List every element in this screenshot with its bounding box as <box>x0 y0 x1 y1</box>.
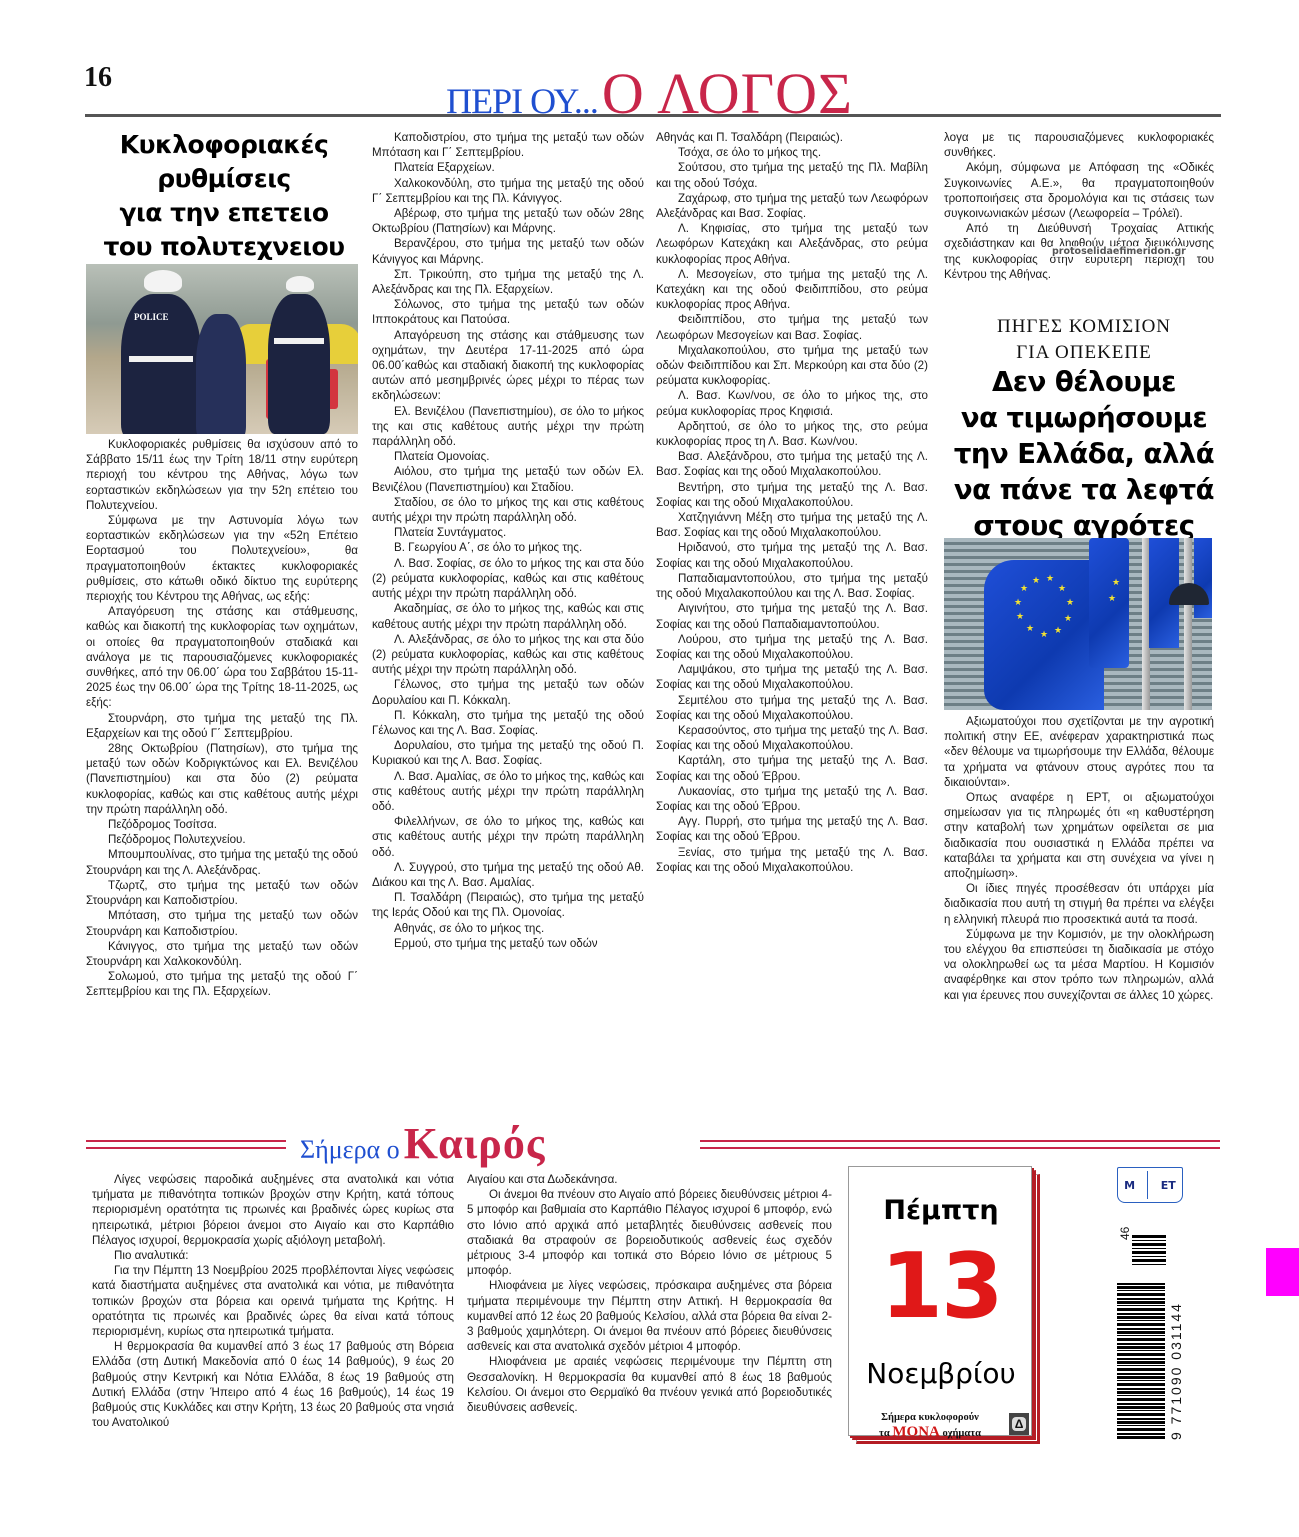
paragraph: Λίγες νεφώσεις παροδικά αυξημένες στα αν… <box>92 1172 454 1248</box>
issn-barcode <box>1117 1283 1165 1439</box>
paragraph: Λ. Κηφισίας, στο τμήμα της μεταξύ των Λε… <box>656 221 928 267</box>
calendar-month: Νοεμβρίου <box>849 1357 1033 1390</box>
paragraph: Σπ. Τρικούπη, στο τμήμα της μεταξύ της Λ… <box>372 267 644 297</box>
eu-flag <box>1089 538 1129 668</box>
star-icon: ★ <box>1112 578 1120 587</box>
paragraph: Βασ. Αλεξάνδρου, στο τμήμα της μεταξύ τη… <box>656 449 928 479</box>
flag-pole <box>1184 538 1192 710</box>
paragraph: Ηλιοφάνεια με αραιές νεφώσεις περιμένουμ… <box>467 1354 832 1415</box>
article1-column-3: Αθηνάς και Π. Τσαλδάρη (Πειραιώς). Τσόχα… <box>656 130 928 875</box>
paragraph: Οι ίδιες πηγές προσέθεσαν ότι υπάρχει μί… <box>944 881 1214 927</box>
traffic-note: Σήμερα κυκλοφορούν τα ΜΟΝΑ οχήματα <box>855 1411 1005 1441</box>
paragraph: Βεντήρη, στο τμήμα της μεταξύ της Λ. Βασ… <box>656 480 928 510</box>
paragraph: Αιγαίου και στα Δωδεκάνησα. <box>467 1172 832 1187</box>
paragraph: λογα με τις παρουσιαζόμενες κυκλοφοριακέ… <box>944 130 1214 160</box>
paragraph: Λ. Βασ. Αμαλίας, σε όλο το μήκος της, κα… <box>372 769 644 815</box>
calendar-day-number: 13 <box>849 1237 1033 1337</box>
article1-column-2: Καποδιστρίου, στο τμήμα της μεταξύ των ο… <box>372 130 644 951</box>
headline-line: του πολυτεχνειου <box>84 230 364 264</box>
weather-title: Σήμερα ο Καιρός <box>300 1118 545 1169</box>
paragraph: Πλατεία Εξαρχείων. <box>372 160 644 175</box>
paragraph: Β. Γεωργίου Α΄, σε όλο το μήκος της. <box>372 540 644 555</box>
paragraph: Πιο αναλυτικά: <box>92 1248 454 1263</box>
weather-section-header: Σήμερα ο Καιρός <box>0 1118 1299 1168</box>
paragraph: Ηριδανού, στο τμήμα της μεταξύ της Λ. Βα… <box>656 540 928 570</box>
logo-right-letters: ΕΤ <box>1161 1179 1176 1192</box>
paragraph: Τζωρτζ, στο τμήμα της μεταξύ των οδών Στ… <box>86 878 358 908</box>
watermark: protoselidaefimeridon.gr <box>1052 246 1186 257</box>
article2-kicker: ΠΗΓΕΣ ΚΟΜΙΣΙΟΝ ΓΙΑ ΟΠΕΚΕΠΕ <box>938 314 1230 366</box>
paragraph: Λούρου, στο τμήμα της μεταξύ της Λ. Βασ.… <box>656 632 928 662</box>
badge-letter: Δ <box>1012 1417 1026 1431</box>
headline-line: την Ελλάδα, αλλά <box>938 436 1230 472</box>
paragraph: Λ. Μεσογείων, στο τμήμα της μεταξύ της Λ… <box>656 267 928 313</box>
paragraph: Αρδηττού, σε όλο το μήκος της, στο ρεύμα… <box>656 419 928 449</box>
color-tab-marker <box>1266 1248 1299 1296</box>
paragraph: Αιγινήτου, στο τμήμα της μεταξύ της Λ. Β… <box>656 601 928 631</box>
barcode-number: 9 771090 031144 <box>1168 1270 1184 1440</box>
article2-headline: Δεν θέλουμε να τιμωρήσουμε την Ελλάδα, α… <box>938 364 1230 544</box>
paragraph: Πεζόδρομος Τοσίτσα. <box>86 817 358 832</box>
traffic-note-line: Σήμερα κυκλοφορούν <box>855 1411 1005 1425</box>
note-suffix: οχήματα <box>943 1428 981 1439</box>
headline-line: ρυθμίσεις <box>84 162 364 196</box>
headline-line: Δεν θέλουμε <box>938 364 1230 400</box>
eu-flag <box>1194 538 1212 618</box>
paragraph: Αθηνάς, σε όλο το μήκος της. <box>372 921 644 936</box>
paragraph: Πλατεία Συντάγματος. <box>372 525 644 540</box>
weather-title-big: Καιρός <box>404 1119 546 1168</box>
star-icon: ★ <box>1020 584 1028 593</box>
star-icon: ★ <box>1066 598 1074 607</box>
paragraph: Κερασούντος, στο τμήμα της μεταξύ της Λ.… <box>656 723 928 753</box>
star-icon: ★ <box>1016 612 1024 621</box>
double-rule-right <box>700 1140 1220 1149</box>
headline-line: να πάνε τα λεφτά <box>938 472 1230 508</box>
paragraph: Σεμιτέλου στο τμήμα της μεταξύ της Λ. Βα… <box>656 693 928 723</box>
paragraph: Αξιωματούχοι που σχετίζονται με την αγρο… <box>944 714 1214 790</box>
logo-left-letter: Μ <box>1124 1179 1135 1192</box>
paragraph: Χαλκοκονδύλη, στο τμήμα της μεταξύ της ο… <box>372 176 644 206</box>
paragraph: Ακαδημίας, σε όλο το μήκος της, καθώς κα… <box>372 601 644 631</box>
paragraph: Λ. Συγγρού, στο τμήμα της μεταξύ της οδο… <box>372 860 644 890</box>
star-icon: ★ <box>1054 626 1062 635</box>
paragraph: Σταδίου, σε όλο το μήκος της και στις κα… <box>372 495 644 525</box>
paragraph: Σόλωνος, στο τμήμα της μεταξύ των οδών Ι… <box>372 297 644 327</box>
paragraph: Κυκλοφοριακές ρυθμίσεις θα ισχύσουν από … <box>86 437 358 513</box>
paragraph: Μιχαλακοπούλου, στο τμήμα της μεταξύ των… <box>656 343 928 389</box>
paragraph: Παπαδιαμαντοπούλου, στο τμήμα της μεταξύ… <box>656 571 928 601</box>
paragraph: Αθηνάς και Π. Τσαλδάρη (Πειραιώς). <box>656 130 928 145</box>
headline-line: να τιμωρήσουμε <box>938 400 1230 436</box>
paragraph: Λυκαονίας, στο τμήμα της μεταξύ της Λ. Β… <box>656 784 928 814</box>
kicker-line: ΓΙΑ ΟΠΕΚΕΠΕ <box>938 340 1230 366</box>
police-officer-figure <box>196 314 246 434</box>
paragraph: Λαμψάκου, στο τμήμα της μεταξύ της Λ. Βα… <box>656 662 928 692</box>
paragraph: Ελ. Βενιζέλου (Πανεπιστημίου), σε όλο το… <box>372 404 644 450</box>
header-rule <box>85 114 1221 117</box>
paragraph: Καποδιστρίου, στο τμήμα της μεταξύ των ο… <box>372 130 644 160</box>
police-label: POLICE <box>134 312 169 322</box>
paragraph: Οπως αναφέρε η ΕΡΤ, οι αξιωματούχοι σημε… <box>944 790 1214 881</box>
calendar-widget: Πέμπτη 13 Νοεμβρίου Σήμερα κυκλοφορούν τ… <box>848 1166 1040 1444</box>
paragraph: Βερανζέρου, στο τμήμα της μεταξύ των οδώ… <box>372 236 644 266</box>
headline-line: Κυκλοφοριακές <box>84 128 364 162</box>
star-icon: ★ <box>1058 584 1066 593</box>
paragraph: Χατζηγιάννη Μέξη στο τμήμα της μεταξύ τη… <box>656 510 928 540</box>
paragraph: Μπουμπουλίνας, στο τμήμα της μεταξύ της … <box>86 847 358 877</box>
weather-column-1: Λίγες νεφώσεις παροδικά αυξημένες στα αν… <box>92 1172 454 1430</box>
kicker-line: ΠΗΓΕΣ ΚΟΜΙΣΙΟΝ <box>938 314 1230 340</box>
paragraph: Οι άνεμοι θα πνέουν στο Αιγαίο από βόρει… <box>467 1187 832 1278</box>
paragraph: Ξενίας, στο τμήμα της μεταξύ της Λ. Βασ.… <box>656 845 928 875</box>
paragraph: Σύμφωνα με την Κομισιόν, με την ολοκλήρω… <box>944 927 1214 1003</box>
star-icon: ★ <box>1108 594 1116 603</box>
note-prefix: τα <box>879 1428 890 1439</box>
paragraph: Σύμφωνα με την Αστυνομία λόγω των εορτασ… <box>86 513 358 604</box>
paragraph: Π. Κόκκαλη, στο τμήμα της μεταξύ της οδο… <box>372 708 644 738</box>
calendar-day-name: Πέμπτη <box>849 1195 1033 1226</box>
paragraph: Λ. Βασ. Κων/νου, σε όλο το μήκος της, στ… <box>656 388 928 418</box>
paragraph: Λ. Αλεξάνδρας, σε όλο το μήκος της και σ… <box>372 632 644 678</box>
police-cap <box>286 276 314 292</box>
paragraph: Π. Τσαλδάρη (Πειραιώς), στο τμήμα της με… <box>372 890 644 920</box>
paragraph: Πλατεία Ομονοίας. <box>372 449 644 464</box>
note-highlight: ΜΟΝΑ <box>892 1424 940 1440</box>
paragraph: Η θερμοκρασία θα κυμανθεί από 3 έως 17 β… <box>92 1339 454 1430</box>
paragraph: Αιόλου, στο τμήμα της μεταξύ των οδών Ελ… <box>372 464 644 494</box>
paragraph: Ερμού, στο τμήμα της μεταξύ των οδών <box>372 936 644 951</box>
calendar-page: Πέμπτη 13 Νοεμβρίου Σήμερα κυκλοφορούν τ… <box>848 1166 1032 1436</box>
paragraph: Πεζόδρομος Πολυτεχνείου. <box>86 832 358 847</box>
police-photo: POLICE <box>86 264 358 434</box>
police-officer-figure <box>268 294 330 434</box>
plate-parity-badge-icon: Δ <box>1009 1413 1029 1435</box>
paragraph: Μπόταση, στο τμήμα της μεταξύ των οδών Σ… <box>86 908 358 938</box>
article1-column-4: λογα με τις παρουσιαζόμενες κυκλοφοριακέ… <box>944 130 1214 282</box>
police-cap <box>144 270 182 292</box>
paragraph: Φειδιππίδου, στο τμήμα της μεταξύ των Λε… <box>656 312 928 342</box>
paragraph: Αβέρωφ, στο τμήμα της μεταξύ των οδών 28… <box>372 206 644 236</box>
paragraph: Ηλιοφάνεια με λίγες νεφώσεις, πρόσκαιρα … <box>467 1278 832 1354</box>
paragraph: Κάνιγγος, στο τμήμα της μεταξύ των οδών … <box>86 939 358 969</box>
met-book-logo: Μ ΕΤ <box>1117 1167 1183 1203</box>
issue-number: 46 <box>1118 1227 1132 1240</box>
star-icon: ★ <box>1014 598 1022 607</box>
paragraph: Τσόχα, σε όλο το μήκος της. <box>656 145 928 160</box>
logo-divider <box>1147 1171 1148 1199</box>
article2-body: Αξιωματούχοι που σχετίζονται με την αγρο… <box>944 714 1214 1003</box>
paragraph: Ζαχάρωφ, στο τμήμα της μεταξύ των Λεωφόρ… <box>656 191 928 221</box>
paragraph: Ακόμη, σύμφωνα με Απόφαση της «Οδικές Συ… <box>944 160 1214 221</box>
paragraph: Απαγόρευση της στάσης και στάθμευσης των… <box>372 328 644 404</box>
star-icon: ★ <box>1032 576 1040 585</box>
article1-column-1: Κυκλοφοριακές ρυθμίσεις θα ισχύσουν από … <box>86 437 358 1000</box>
headline-line: για την επετειο <box>84 196 364 230</box>
paragraph: Απαγόρευση της στάσης και στάθμευσης, κα… <box>86 604 358 710</box>
star-icon: ★ <box>1046 574 1054 583</box>
star-icon: ★ <box>1040 630 1048 639</box>
issue-barcode <box>1132 1235 1166 1267</box>
weather-column-2: Αιγαίου και στα Δωδεκάνησα. Οι άνεμοι θα… <box>467 1172 832 1415</box>
paragraph: Καρτάλη, στο τμήμα της μεταξύ της Λ. Βασ… <box>656 753 928 783</box>
paragraph: Για την Πέμπτη 13 Νοεμβρίου 2025 προβλέπ… <box>92 1263 454 1339</box>
star-icon: ★ <box>1026 624 1034 633</box>
paragraph: Δορυλαίου, στο τμήμα της μεταξύ της οδού… <box>372 738 644 768</box>
paragraph: 28ης Οκτωβρίου (Πατησίων), στο τμήμα της… <box>86 741 358 817</box>
paragraph: Στουρνάρη, στο τμήμα της μεταξύ της Πλ. … <box>86 711 358 741</box>
traffic-note-line: τα ΜΟΝΑ οχήματα <box>855 1425 1005 1441</box>
paragraph: Λ. Βασ. Σοφίας, σε όλο το μήκος της και … <box>372 556 644 602</box>
paragraph: Σολωμού, στο τμήμα της μεταξύ της οδού Γ… <box>86 969 358 999</box>
paragraph: Σούτσου, στο τμήμα της μεταξύ της Πλ. Μα… <box>656 160 928 190</box>
star-icon: ★ <box>1064 614 1072 623</box>
eu-flags-photo: ★ ★ ★ ★ ★ ★ ★ ★ ★ ★ ★ ★ ★ <box>944 538 1212 710</box>
paragraph: Αγγ. Πυρρή, στο τμήμα της μεταξύ της Λ. … <box>656 814 928 844</box>
paragraph: Γέλωνος, στο τμήμα της μεταξύ των οδών Δ… <box>372 677 644 707</box>
double-rule-left <box>86 1140 286 1149</box>
paragraph: Φιλελλήνων, σε όλο το μήκος της, καθώς κ… <box>372 814 644 860</box>
weather-title-small: Σήμερα ο <box>300 1135 400 1164</box>
article1-headline: Κυκλοφοριακές ρυθμίσεις για την επετειο … <box>84 128 364 264</box>
